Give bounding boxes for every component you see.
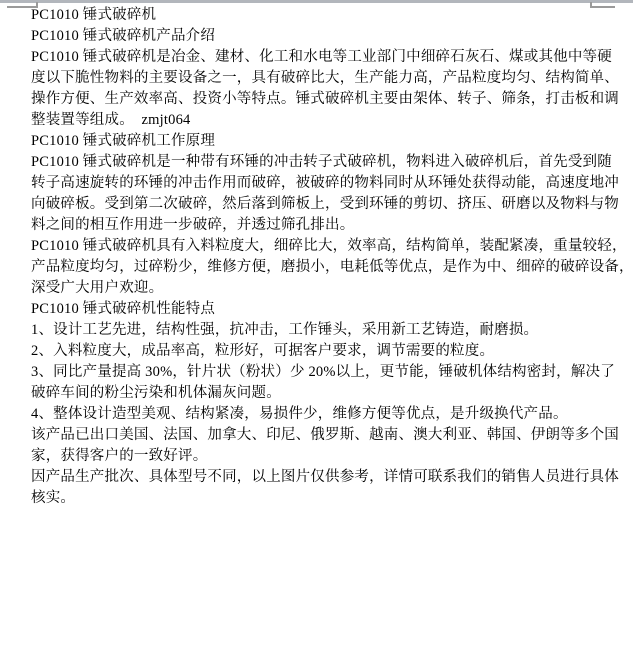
text-line[interactable]: 料之间的相互作用进一步破碎，并透过筛孔排出。 xyxy=(31,215,627,236)
text-line[interactable]: PC1010 锤式破碎机是一种带有环锤的冲击转子式破碎机，物料进入破碎机后，首先… xyxy=(31,152,627,173)
text-line[interactable]: PC1010 锤式破碎机是冶金、建材、化工和水电等工业部门中细碎石灰石、煤或其他… xyxy=(31,47,627,68)
text-line[interactable]: 1、设计工艺先进，结构性强，抗冲击，工作锤头，采用新工艺铸造，耐磨损。 xyxy=(31,320,627,341)
text-line[interactable]: 因产品生产批次、具体型号不同，以上图片仅供参考，详情可联系我们的销售人员进行具体 xyxy=(31,467,627,488)
text-line[interactable]: PC1010 锤式破碎机性能特点 xyxy=(31,299,627,320)
text-line[interactable]: 产品粒度均匀，过碎粉少，维修方便，磨损小，电耗低等优点，是作为中、细碎的破碎设备… xyxy=(31,257,627,278)
document-text-area[interactable]: PC1010 锤式破碎机PC1010 锤式破碎机产品介绍PC1010 锤式破碎机… xyxy=(31,5,627,509)
text-line[interactable]: PC1010 锤式破碎机产品介绍 xyxy=(31,26,627,47)
text-line[interactable]: 核实。 xyxy=(31,488,627,509)
document-page: PC1010 锤式破碎机PC1010 锤式破碎机产品介绍PC1010 锤式破碎机… xyxy=(0,0,633,653)
text-line[interactable]: 深受广大用户欢迎。 xyxy=(31,278,627,299)
text-line[interactable]: 3、同比产量提高 30%，针片状（粉状）少 20%以上，更节能，锤破机体结构密封… xyxy=(31,362,627,383)
text-line[interactable]: 操作方便、生产效率高、投资小等特点。锤式破碎机主要由架体、转子、筛条，打击板和调 xyxy=(31,89,627,110)
text-line[interactable]: 该产品已出口美国、法国、加拿大、印尼、俄罗斯、越南、澳大利亚、韩国、伊朗等多个国 xyxy=(31,425,627,446)
window-edge-strip xyxy=(0,0,633,3)
text-line[interactable]: 破碎车间的粉尘污染和机体漏灰问题。 xyxy=(31,383,627,404)
text-line[interactable]: 向破碎板。受到第二次破碎，然后落到筛板上，受到环锤的剪切、挤压、研磨以及物料与物 xyxy=(31,194,627,215)
text-line[interactable]: 度以下脆性物料的主要设备之一，具有破碎比大，生产能力高，产品粒度均匀、结构简单、 xyxy=(31,68,627,89)
text-line[interactable]: 整装置等组成。 zmjt064 xyxy=(31,110,627,131)
text-line[interactable]: 4、整体设计造型美观、结构紧凑，易损件少，维修方便等优点，是升级换代产品。 xyxy=(31,404,627,425)
text-line[interactable]: PC1010 锤式破碎机工作原理 xyxy=(31,131,627,152)
text-line[interactable]: 2、入料粒度大，成品率高，粒形好，可据客户要求，调节需要的粒度。 xyxy=(31,341,627,362)
text-line[interactable]: 转子高速旋转的环锤的冲击作用而破碎，被破碎的物料同时从环锤处获得动能，高速度地冲 xyxy=(31,173,627,194)
text-line[interactable]: PC1010 锤式破碎机具有入料粒度大，细碎比大，效率高，结构简单，装配紧凑，重… xyxy=(31,236,627,257)
text-line[interactable]: PC1010 锤式破碎机 xyxy=(31,5,627,26)
text-line[interactable]: 家，获得客户的一致好评。 xyxy=(31,446,627,467)
